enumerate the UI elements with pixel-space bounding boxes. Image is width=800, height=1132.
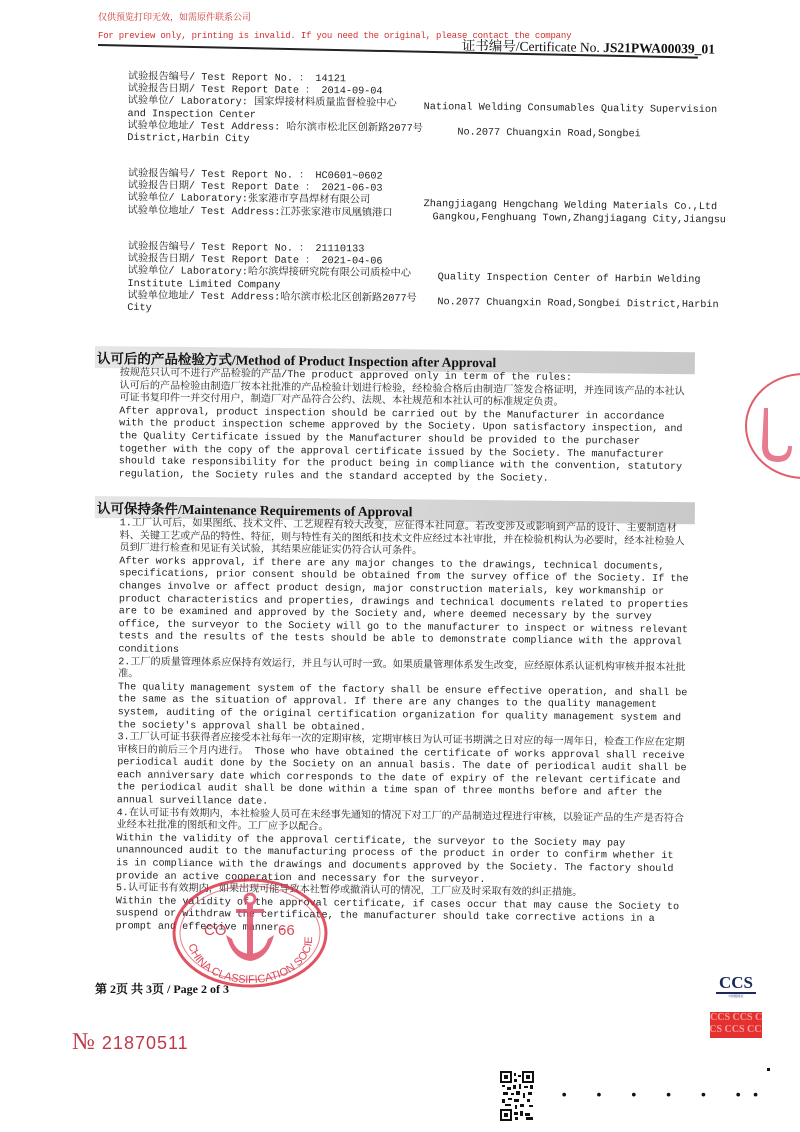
serial-value: 21870511 — [102, 1033, 189, 1053]
method-paragraph: After approval, product inspection shoul… — [119, 406, 695, 488]
address-cn: 哈尔滨市松北区创新路2077号 — [280, 292, 417, 304]
serial-number: № 21870511 — [72, 1029, 189, 1056]
report-date: 2021-04-06 — [321, 256, 382, 268]
report-no: HC0601~0602 — [315, 171, 382, 183]
requirement-item-3: 3.工厂认可证书获得者应接受本社每年一次的定期审核，定期审核日为认可证书期满之日… — [117, 732, 693, 814]
page-indicator: 第 2页 共 3页 / Page 2 of 3 — [95, 980, 229, 997]
test-report-3: 试验报告编号/ Test Report No. ： 21110133 试验报告日… — [127, 242, 688, 321]
requirement-en: The quality management system of the fac… — [118, 682, 693, 738]
svg-text:66: 66 — [278, 922, 295, 939]
laboratory-cn: 张家港市亨昌焊材有限公司 — [248, 195, 370, 207]
report-date: 2021-06-03 — [321, 183, 382, 195]
test-report-1: 试验报告编号/ Test Report No. ： 14121 试验报告日期/ … — [127, 72, 688, 151]
ccs-official-stamp-icon: CHINA CLASSIFICATION SOCIETY CO 66 — [170, 877, 330, 989]
method-section: 认可后的产品检验方式/Method of Product Inspection … — [94, 346, 695, 488]
requirement-en: After works approval, if there are any m… — [118, 556, 694, 663]
test-report-2: 试验报告编号/ Test Report No. ： HC0601~0602 试验… — [127, 169, 687, 224]
address-cn: 哈尔滨市松北区创新路2077号 — [286, 122, 423, 134]
address-en: Gangkou,Fenghuang Town,Zhangjiagang City… — [432, 212, 726, 227]
ccs-logo: CCS 中国船级社 — [716, 975, 756, 998]
svg-text:CO: CO — [204, 922, 227, 939]
laboratory-cn: 国家焊接材料质量监督检验中心 — [254, 98, 397, 110]
requirement-cn: 1.工厂认可后，如果图纸、技术文件、工艺规程有较大改变，应征得本社同意。若改变涉… — [119, 518, 694, 562]
qr-code-icon — [500, 1071, 534, 1121]
report-date: 2014-09-04 — [321, 86, 382, 98]
partial-stamp-icon — [742, 370, 800, 480]
address-cn: 江苏张家港市凤凰镇港口 — [280, 207, 392, 219]
dotted-leader: • • • • • •• — [560, 1088, 769, 1104]
corner-mark — [767, 1068, 770, 1071]
report-no: 14121 — [315, 74, 346, 85]
report-no: 21110133 — [315, 244, 364, 256]
laboratory-cn: 哈尔滨焊接研究院有限公司质检中心 — [248, 268, 411, 281]
watermark-chinese: 仅供预览打印无效，如需原件联系公司 — [98, 10, 251, 23]
numero-sign: № — [72, 1029, 96, 1055]
maintenance-section: 认可保持条件/Maintenance Requirements of Appro… — [90, 496, 695, 940]
ccs-security-band: CCS CCS CCS CCS CCS CCSCCS CCS CCS CCS C… — [710, 1012, 762, 1038]
